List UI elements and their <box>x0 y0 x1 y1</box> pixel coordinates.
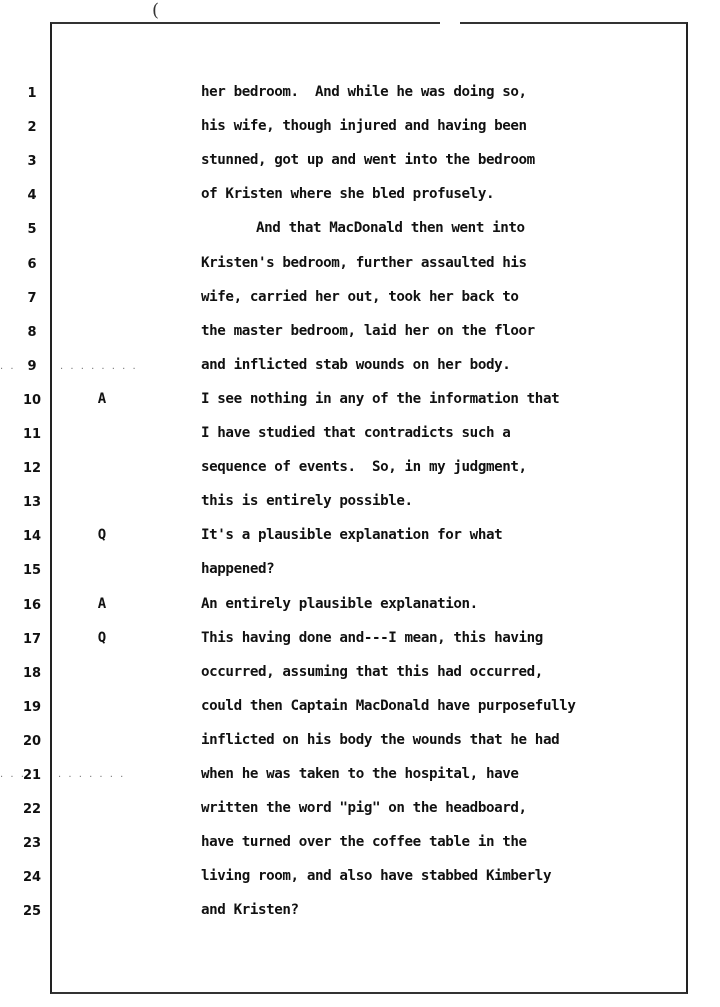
border-gap <box>440 19 460 25</box>
line-text: have turned over the coffee table in the <box>201 834 527 850</box>
line-number: 10 <box>18 393 46 408</box>
line-number: 22 <box>18 802 46 817</box>
line-text: I have studied that contradicts such a <box>201 425 510 441</box>
transcript-line: 23have turned over the coffee table in t… <box>0 830 720 864</box>
line-text: An entirely plausible explanation. <box>201 596 478 612</box>
line-number: 5 <box>18 222 46 237</box>
scan-artifact-dots: · · <box>0 364 16 375</box>
line-number: 7 <box>18 291 46 306</box>
transcript-line: 16AAn entirely plausible explanation. <box>0 592 720 626</box>
speaker-label: A <box>92 391 112 407</box>
line-number: 13 <box>18 495 46 510</box>
line-text: of Kristen where she bled profusely. <box>201 186 494 202</box>
line-text: and inflicted stab wounds on her body. <box>201 357 510 373</box>
transcript-line: 22written the word "pig" on the headboar… <box>0 796 720 830</box>
line-text: written the word "pig" on the headboard, <box>201 800 527 816</box>
line-text: when he was taken to the hospital, have <box>201 766 519 782</box>
line-text: and Kristen? <box>201 902 299 918</box>
transcript-line: 4of Kristen where she bled profusely. <box>0 182 720 216</box>
line-text: It's a plausible explanation for what <box>201 527 502 543</box>
line-text: occurred, assuming that this had occurre… <box>201 664 543 680</box>
scan-artifact-dots: · · · · · · · <box>58 772 125 783</box>
line-number: 20 <box>18 734 46 749</box>
transcript-line: 14QIt's a plausible explanation for what <box>0 523 720 557</box>
scan-artifact-dots: · · · <box>0 772 26 783</box>
transcript-line: 18occurred, assuming that this had occur… <box>0 660 720 694</box>
line-number: 19 <box>18 700 46 715</box>
transcript-line: 6Kristen's bedroom, further assaulted hi… <box>0 251 720 285</box>
transcript-line: 5And that MacDonald then went into <box>0 216 720 250</box>
line-number: 11 <box>18 427 46 442</box>
scan-artifact-dots: · · · · · · · · <box>60 364 138 375</box>
line-number: 8 <box>18 325 46 340</box>
transcript-line: 2his wife, though injured and having bee… <box>0 114 720 148</box>
line-text: stunned, got up and went into the bedroo… <box>201 152 535 168</box>
line-number: 14 <box>18 529 46 544</box>
margin-paren-mark: ( <box>152 0 159 21</box>
line-number: 1 <box>18 86 46 101</box>
transcript-line: 15happened? <box>0 557 720 591</box>
transcript-line: 7wife, carried her out, took her back to <box>0 285 720 319</box>
line-number: 12 <box>18 461 46 476</box>
transcript-line: 3stunned, got up and went into the bedro… <box>0 148 720 182</box>
line-text: living room, and also have stabbed Kimbe… <box>201 868 551 884</box>
line-number: 4 <box>18 188 46 203</box>
line-number: 15 <box>18 563 46 578</box>
transcript-line: 8the master bedroom, laid her on the flo… <box>0 319 720 353</box>
transcript-line: 11I have studied that contradicts such a <box>0 421 720 455</box>
transcript-line: 19could then Captain MacDonald have purp… <box>0 694 720 728</box>
line-text: her bedroom. And while he was doing so, <box>201 84 527 100</box>
transcript-line: 1her bedroom. And while he was doing so, <box>0 80 720 114</box>
line-number: 16 <box>18 598 46 613</box>
line-text: sequence of events. So, in my judgment, <box>201 459 527 475</box>
line-number: 25 <box>18 904 46 919</box>
line-text: This having done and---I mean, this havi… <box>201 630 543 646</box>
line-number: 23 <box>18 836 46 851</box>
speaker-label: A <box>92 596 112 612</box>
speaker-label: Q <box>92 527 112 543</box>
line-number: 18 <box>18 666 46 681</box>
line-text: happened? <box>201 561 274 577</box>
line-number: 2 <box>18 120 46 135</box>
line-text: wife, carried her out, took her back to <box>201 289 519 305</box>
transcript-line: 10AI see nothing in any of the informati… <box>0 387 720 421</box>
speaker-label: Q <box>92 630 112 646</box>
line-number: 17 <box>18 632 46 647</box>
line-text: inflicted on his body the wounds that he… <box>201 732 559 748</box>
line-number: 3 <box>18 154 46 169</box>
transcript-line: 24living room, and also have stabbed Kim… <box>0 864 720 898</box>
transcript-line: 13this is entirely possible. <box>0 489 720 523</box>
transcript-line: 25and Kristen? <box>0 898 720 932</box>
line-text: could then Captain MacDonald have purpos… <box>201 698 576 714</box>
line-text: the master bedroom, laid her on the floo… <box>201 323 535 339</box>
transcript-line: 17QThis having done and---I mean, this h… <box>0 626 720 660</box>
line-text: I see nothing in any of the information … <box>201 391 559 407</box>
line-text: Kristen's bedroom, further assaulted his <box>201 255 527 271</box>
line-text: his wife, though injured and having been <box>201 118 527 134</box>
line-number: 24 <box>18 870 46 885</box>
line-text: this is entirely possible. <box>201 493 413 509</box>
line-text: And that MacDonald then went into <box>256 220 525 236</box>
line-number: 9 <box>18 359 46 374</box>
transcript-line: 12sequence of events. So, in my judgment… <box>0 455 720 489</box>
transcript-line: 20inflicted on his body the wounds that … <box>0 728 720 762</box>
line-number: 6 <box>18 257 46 272</box>
